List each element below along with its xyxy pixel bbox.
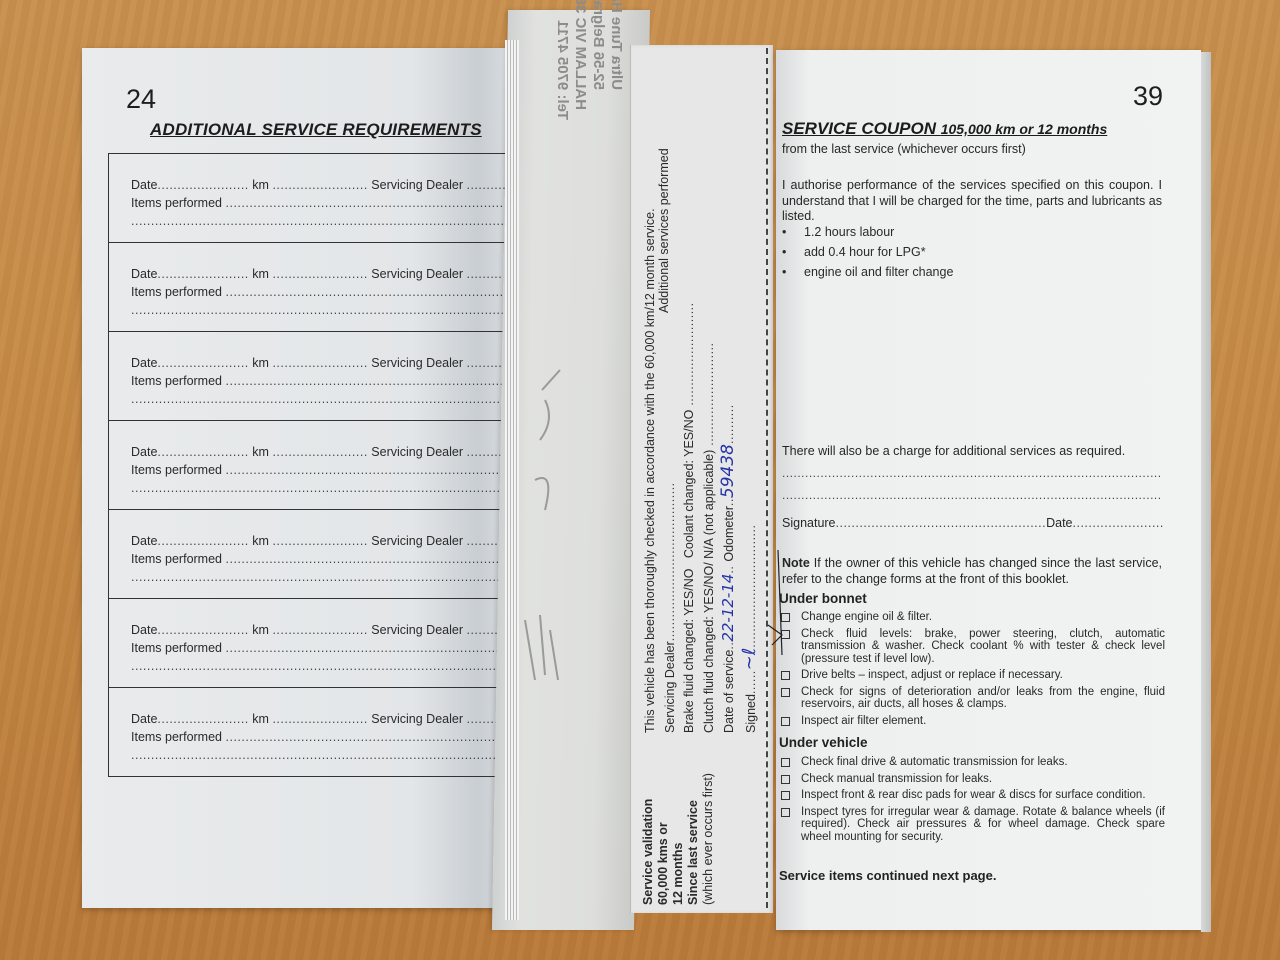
owner-change-note: Note If the owner of this vehicle has ch… [782,556,1162,587]
items-continuation-line[interactable]: ........................................… [131,303,519,317]
stamp-line-3: HALLAM VIC 3803 [572,0,589,110]
checkbox-icon[interactable] [781,671,790,680]
checklist-item: Inspect front & rear disc pads for wear … [779,789,1165,802]
checklist-item: Change engine oil & filter. [779,611,1165,624]
checkbox-icon[interactable] [781,688,790,697]
page-edge [1201,52,1211,932]
date-km-dealer-line[interactable]: Date....................... km .........… [131,267,519,281]
title-interval: 105,000 km or 12 months [941,121,1108,137]
checkbox-icon[interactable] [781,758,790,767]
under-vehicle-checklist: Check final drive & automatic transmissi… [779,756,1165,847]
service-entry-row: Date....................... km .........… [109,599,519,688]
coupon-heading-line: Since last service [686,745,701,905]
service-entry-row: Date....................... km .........… [109,154,519,243]
signature-field[interactable]: ........................................… [836,516,1047,530]
checklist-item: Check for signs of deterioration and/or … [779,686,1165,711]
under-vehicle-heading: Under vehicle [779,735,868,750]
date-km-dealer-line[interactable]: Date....................... km .........… [131,356,519,370]
service-validation-coupon: Service validation 60,000 kms or 12 mont… [630,45,773,913]
date-of-service-label: Date of service [722,650,736,733]
date-km-dealer-line[interactable]: Date....................... km .........… [131,712,519,726]
additional-service-table: Date....................... km .........… [108,153,519,777]
service-entry-row: Date....................... km .........… [109,510,519,599]
checklist-item: Inspect tyres for irregular wear & damag… [779,806,1165,844]
left-page-number: 24 [126,84,156,115]
dealer-label: Servicing Dealer [663,641,677,733]
under-bonnet-checklist: Change engine oil & filter.Check fluid l… [779,611,1165,731]
signed-label: Signed [744,694,758,733]
coupon-fields: This vehicle has been thoroughly checked… [641,53,761,733]
service-entry-row: Date....................... km .........… [109,243,519,332]
additional-line-2[interactable]: ........................................… [782,488,1162,502]
coupon-heading-line: 60,000 kms or [656,745,671,905]
coupon-heading-line: Service validation [641,745,656,905]
date-km-dealer-line[interactable]: Date....................... km .........… [131,534,519,548]
checklist-item: Inspect air filter element. [779,715,1165,728]
service-entry-row: Date....................... km .........… [109,421,519,510]
items-continuation-line[interactable]: ........................................… [131,392,519,406]
additional-line-1[interactable]: ........................................… [782,466,1162,480]
left-page-title: ADDITIONAL SERVICE REQUIREMENTS [150,120,482,140]
date-of-service-value: 22-12-14 [719,574,737,642]
items-continuation-line[interactable]: ........................................… [131,214,519,228]
service-coupon-subtitle: from the last service (whichever occurs … [782,142,1162,158]
signature-date-row: Signature...............................… [782,516,1162,532]
items-performed-line[interactable]: Items performed ........................… [131,552,519,566]
items-performed-line[interactable]: Items performed ........................… [131,463,519,477]
items-continuation-line[interactable]: ........................................… [131,748,519,762]
under-bonnet-heading: Under bonnet [779,591,867,606]
items-performed-line[interactable]: Items performed ........................… [131,285,519,299]
labour-bullets: •1.2 hours labour •add 0.4 hour for LPG*… [782,225,953,285]
bullet-item: •1.2 hours labour [782,225,953,245]
items-continuation-line[interactable]: ........................................… [131,481,519,495]
checklist-item: Check final drive & automatic transmissi… [779,756,1165,769]
service-coupon-title: SERVICE COUPON 105,000 km or 12 months [782,119,1162,139]
odometer-value: 59438 [718,444,738,498]
title-main: SERVICE COUPON [782,119,936,138]
service-entry-row: Date....................... km .........… [109,332,519,421]
stamp-line-1: Ultra Tune Hallam [608,0,625,90]
service-entry-row: Date....................... km .........… [109,688,519,777]
coupon-heading-line: 12 months [671,745,686,905]
coolant-field: Coolant changed: YES/NO [682,410,696,558]
coupon-heading: Service validation 60,000 kms or 12 mont… [641,745,716,905]
additional-services-label: Additional services performed [655,148,675,313]
right-page-number: 39 [1133,81,1163,112]
items-performed-line[interactable]: Items performed ........................… [131,730,519,744]
date-km-dealer-line[interactable]: Date....................... km .........… [131,623,519,637]
items-continuation-line[interactable]: ........................................… [131,659,519,673]
continued-note: Service items continued next page. [779,868,996,883]
items-continuation-line[interactable]: ........................................… [131,570,519,584]
stamp-line-4: Tel: 9705 4711 [554,20,571,120]
bullet-item: •engine oil and filter change [782,265,953,285]
checklist-item: Drive belts – inspect, adjust or replace… [779,669,1165,682]
faint-handwriting-bleed [505,360,595,700]
coupon-perforation [766,48,768,908]
odometer-label: Odometer [722,506,736,562]
checkbox-icon[interactable] [781,775,790,784]
signature-label: Signature [782,516,836,530]
brake-fluid-field: Brake fluid changed: YES/NO [682,569,696,733]
date-km-dealer-line[interactable]: Date....................... km .........… [131,178,519,192]
authorisation-text: I authorise performance of the services … [782,178,1162,225]
mirrored-dealer-stamp: Ultra Tune Hallam 52-56 Belgrave-Hallam … [525,50,635,320]
items-performed-line[interactable]: Items performed ........................… [131,374,519,388]
checkbox-icon[interactable] [781,791,790,800]
bullet-item: •add 0.4 hour for LPG* [782,245,953,265]
date-label: Date [1046,516,1072,530]
checkbox-icon[interactable] [781,717,790,726]
coupon-heading-note: (which ever occurs first) [701,773,715,905]
signature-scribble: ~ℓ [739,648,760,671]
items-performed-line[interactable]: Items performed ........................… [131,641,519,655]
items-performed-line[interactable]: Items performed ........................… [131,196,519,210]
date-field[interactable]: ....................... [1073,516,1164,530]
checklist-item: Check fluid levels: brake, power steerin… [779,628,1165,666]
additional-charge-note: There will also be a charge for addition… [782,444,1162,460]
clutch-fluid-field: Clutch fluid changed: YES/NO/ N/A (not a… [702,450,716,733]
pen-stroke-mark [760,545,790,665]
checkbox-icon[interactable] [781,808,790,817]
date-km-dealer-line[interactable]: Date....................... km .........… [131,445,519,459]
stamp-line-2: 52-56 Belgrave-Hallam Road [590,0,607,90]
checklist-item: Check manual transmission for leaks. [779,773,1165,786]
